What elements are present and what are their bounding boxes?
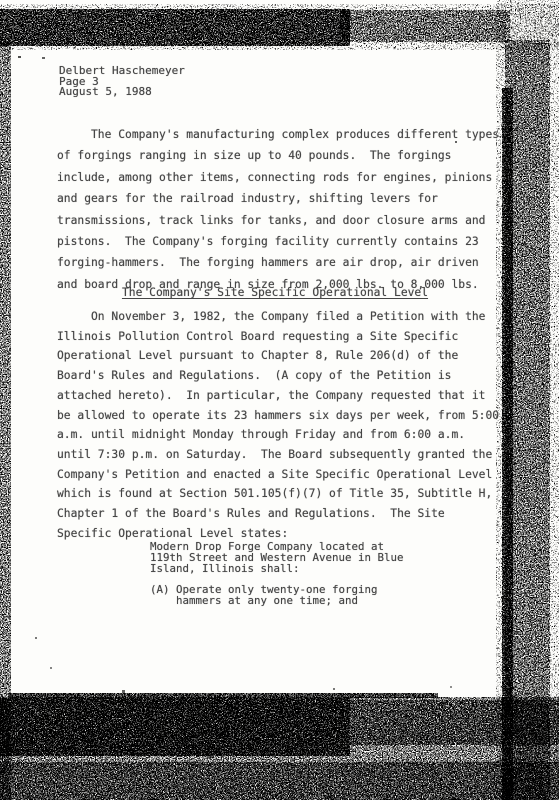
document-scan: Delbert HaschemeyerPage 3August 5, 1988 … (0, 0, 559, 800)
header-line: August 5, 1988 (59, 87, 185, 98)
text-line: attached hereto). In particular, the Com… (57, 386, 499, 406)
scan-speck (35, 637, 37, 639)
scan-speck (508, 180, 510, 182)
scan-speck (42, 57, 45, 59)
text-line: Company's Petition and enacted a Site Sp… (57, 465, 499, 485)
quote-line: Island, Illinois shall: (150, 563, 404, 574)
text-line: of forgings ranging in size up to 40 pou… (57, 145, 499, 166)
section-heading: The Company's Site Specific Operational … (57, 286, 493, 299)
scan-speck (18, 56, 21, 58)
blockquote-operational-level: Modern Drop Forge Company located at119t… (150, 541, 404, 575)
text-line: until 7:30 p.m. on Saturday. The Board s… (57, 445, 499, 465)
scan-speck (50, 667, 52, 669)
text-line: pistons. The Company's forging facility … (57, 231, 499, 252)
text-line: a.m. until midnight Monday through Frida… (57, 425, 499, 445)
text-line: include, among other items, connecting r… (57, 167, 499, 188)
text-line: Illinois Pollution Control Board request… (57, 327, 499, 347)
text-line: On November 3, 1982, the Company filed a… (57, 307, 499, 327)
scan-speck (122, 690, 125, 693)
text-line: Operational Level pursuant to Chapter 8,… (57, 346, 499, 366)
letter-header: Delbert HaschemeyerPage 3August 5, 1988 (59, 66, 185, 98)
blockquote-item-a: (A) Operate only twenty-one forging hamm… (150, 584, 378, 606)
text-line: which is found at Section 501.105(f)(7) … (57, 484, 499, 504)
paragraph-site-specific-petition: On November 3, 1982, the Company filed a… (57, 307, 499, 543)
text-line: forging-hammers. The forging hammers are… (57, 252, 499, 273)
text-line: The Company's manufacturing complex prod… (57, 124, 499, 145)
scan-speck (450, 686, 452, 688)
text-line: transmissions, track links for tanks, an… (57, 210, 499, 231)
scan-speck (333, 688, 335, 690)
text-line: be allowed to operate its 23 hammers six… (57, 406, 499, 426)
text-line: Chapter 1 of the Board's Rules and Regul… (57, 504, 499, 524)
text-line: Board's Rules and Regulations. (A copy o… (57, 366, 499, 386)
quote-line: hammers at any one time; and (150, 595, 378, 606)
text-line: and gears for the railroad industry, shi… (57, 188, 499, 209)
paragraph-manufacturing-complex: The Company's manufacturing complex prod… (57, 124, 499, 295)
